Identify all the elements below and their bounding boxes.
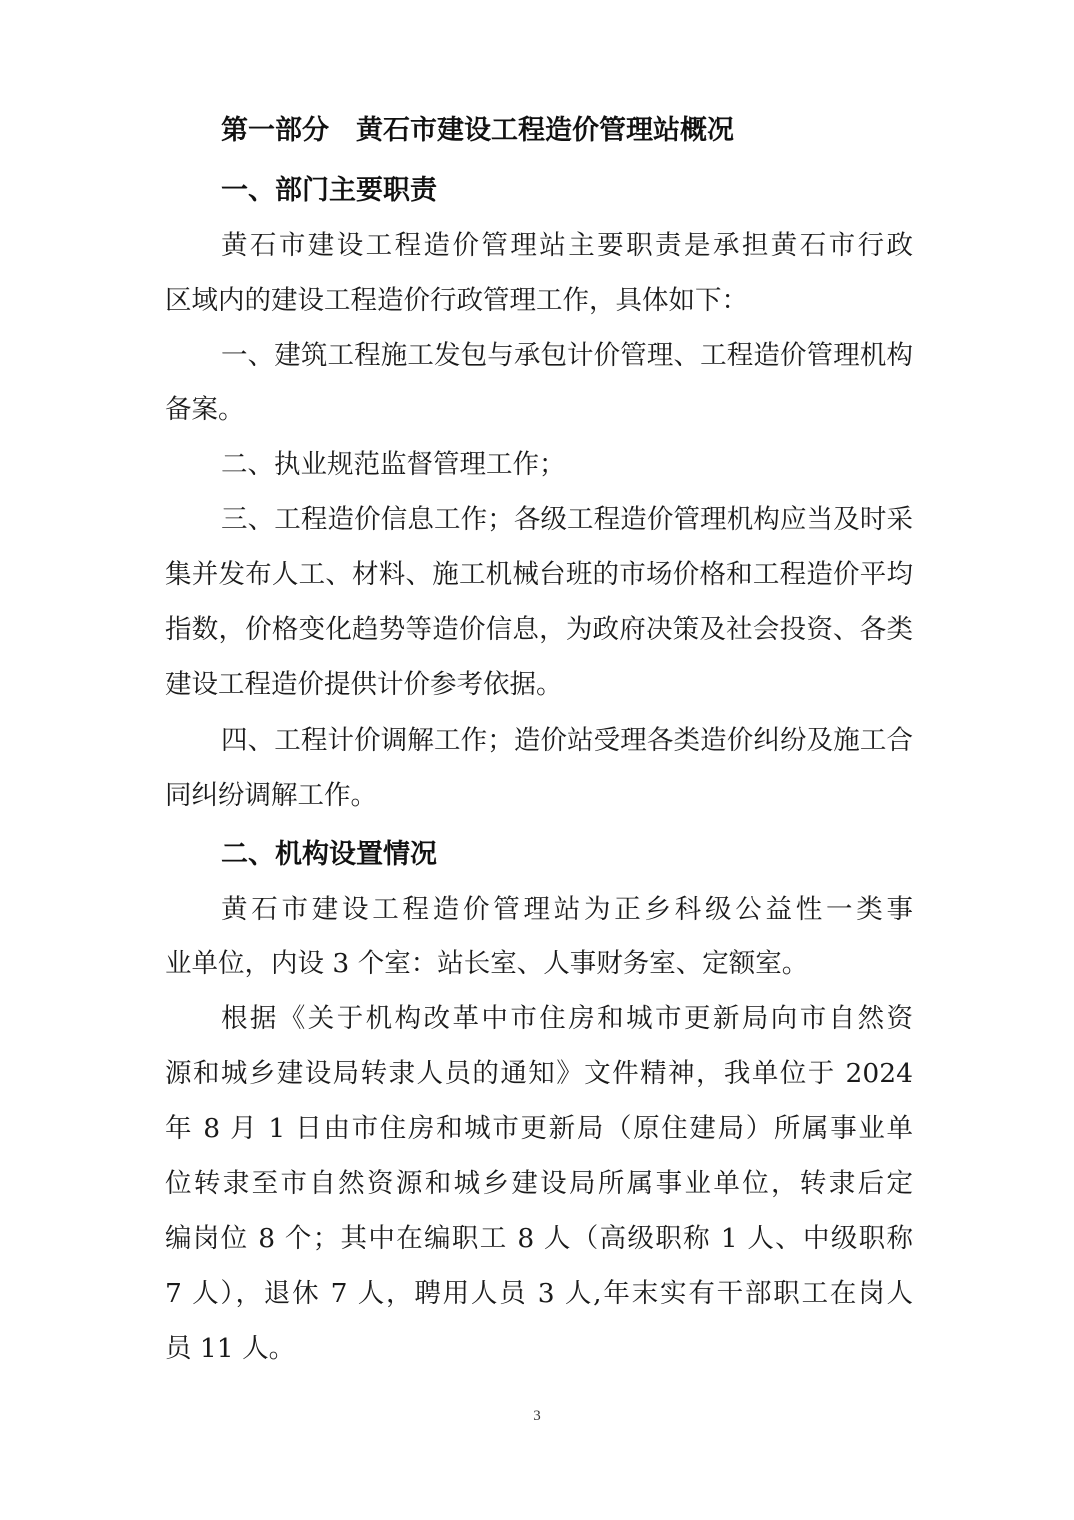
paragraph-line: 黄石市建设工程造价管理站主要职责是承担黄石市行政	[221, 229, 913, 263]
paragraph-line: 四、工程计价调解工作；造价站受理各类造价纠纷及施工合	[221, 724, 913, 758]
paragraph-line: 同纠纷调解工作。	[165, 779, 913, 813]
paragraph-line: 二、执业规范监督管理工作；	[221, 448, 913, 482]
paragraph-line: 黄石市建设工程造价管理站为正乡科级公益性一类事	[221, 893, 913, 927]
paragraph-line: 7 人），退休 7 人，聘用人员 3 人,年末实有干部职工在岗人	[165, 1277, 913, 1311]
paragraph-line: 年 8 月 1 日由市住房和城市更新局（原住建局）所属事业单	[165, 1112, 913, 1146]
section-heading-duties: 一、部门主要职责	[221, 174, 913, 208]
paragraph-line: 指数，价格变化趋势等造价信息，为政府决策及社会投资、各类	[165, 613, 913, 647]
paragraph-line: 根据《关于机构改革中市住房和城市更新局向市自然资	[221, 1002, 913, 1036]
paragraph-line: 业单位，内设 3 个室：站长室、人事财务室、定额室。	[165, 947, 913, 981]
paragraph-line: 区域内的建设工程造价行政管理工作，具体如下：	[165, 284, 913, 318]
paragraph-line: 备案。	[165, 393, 913, 427]
paragraph-line: 位转隶至市自然资源和城乡建设局所属事业单位，转隶后定	[165, 1167, 913, 1201]
paragraph-line: 一、建筑工程施工发包与承包计价管理、工程造价管理机构	[221, 339, 913, 373]
document-page: 第一部分 黄石市建设工程造价管理站概况 一、部门主要职责 黄石市建设工程造价管理…	[0, 0, 1074, 1520]
paragraph-line: 建设工程造价提供计价参考依据。	[165, 668, 913, 702]
paragraph-line: 源和城乡建设局转隶人员的通知》文件精神，我单位于 2024	[165, 1057, 913, 1091]
paragraph-line: 员 11 人。	[165, 1332, 913, 1366]
part-title: 第一部分 黄石市建设工程造价管理站概况	[221, 114, 969, 148]
page-number: 3	[0, 1408, 1074, 1425]
paragraph-line: 编岗位 8 个；其中在编职工 8 人（高级职称 1 人、中级职称	[165, 1222, 913, 1256]
paragraph-line: 集并发布人工、材料、施工机械台班的市场价格和工程造价平均	[165, 558, 913, 592]
paragraph-line: 三、工程造价信息工作；各级工程造价管理机构应当及时采	[221, 503, 913, 537]
section-heading-organization: 二、机构设置情况	[221, 838, 913, 872]
